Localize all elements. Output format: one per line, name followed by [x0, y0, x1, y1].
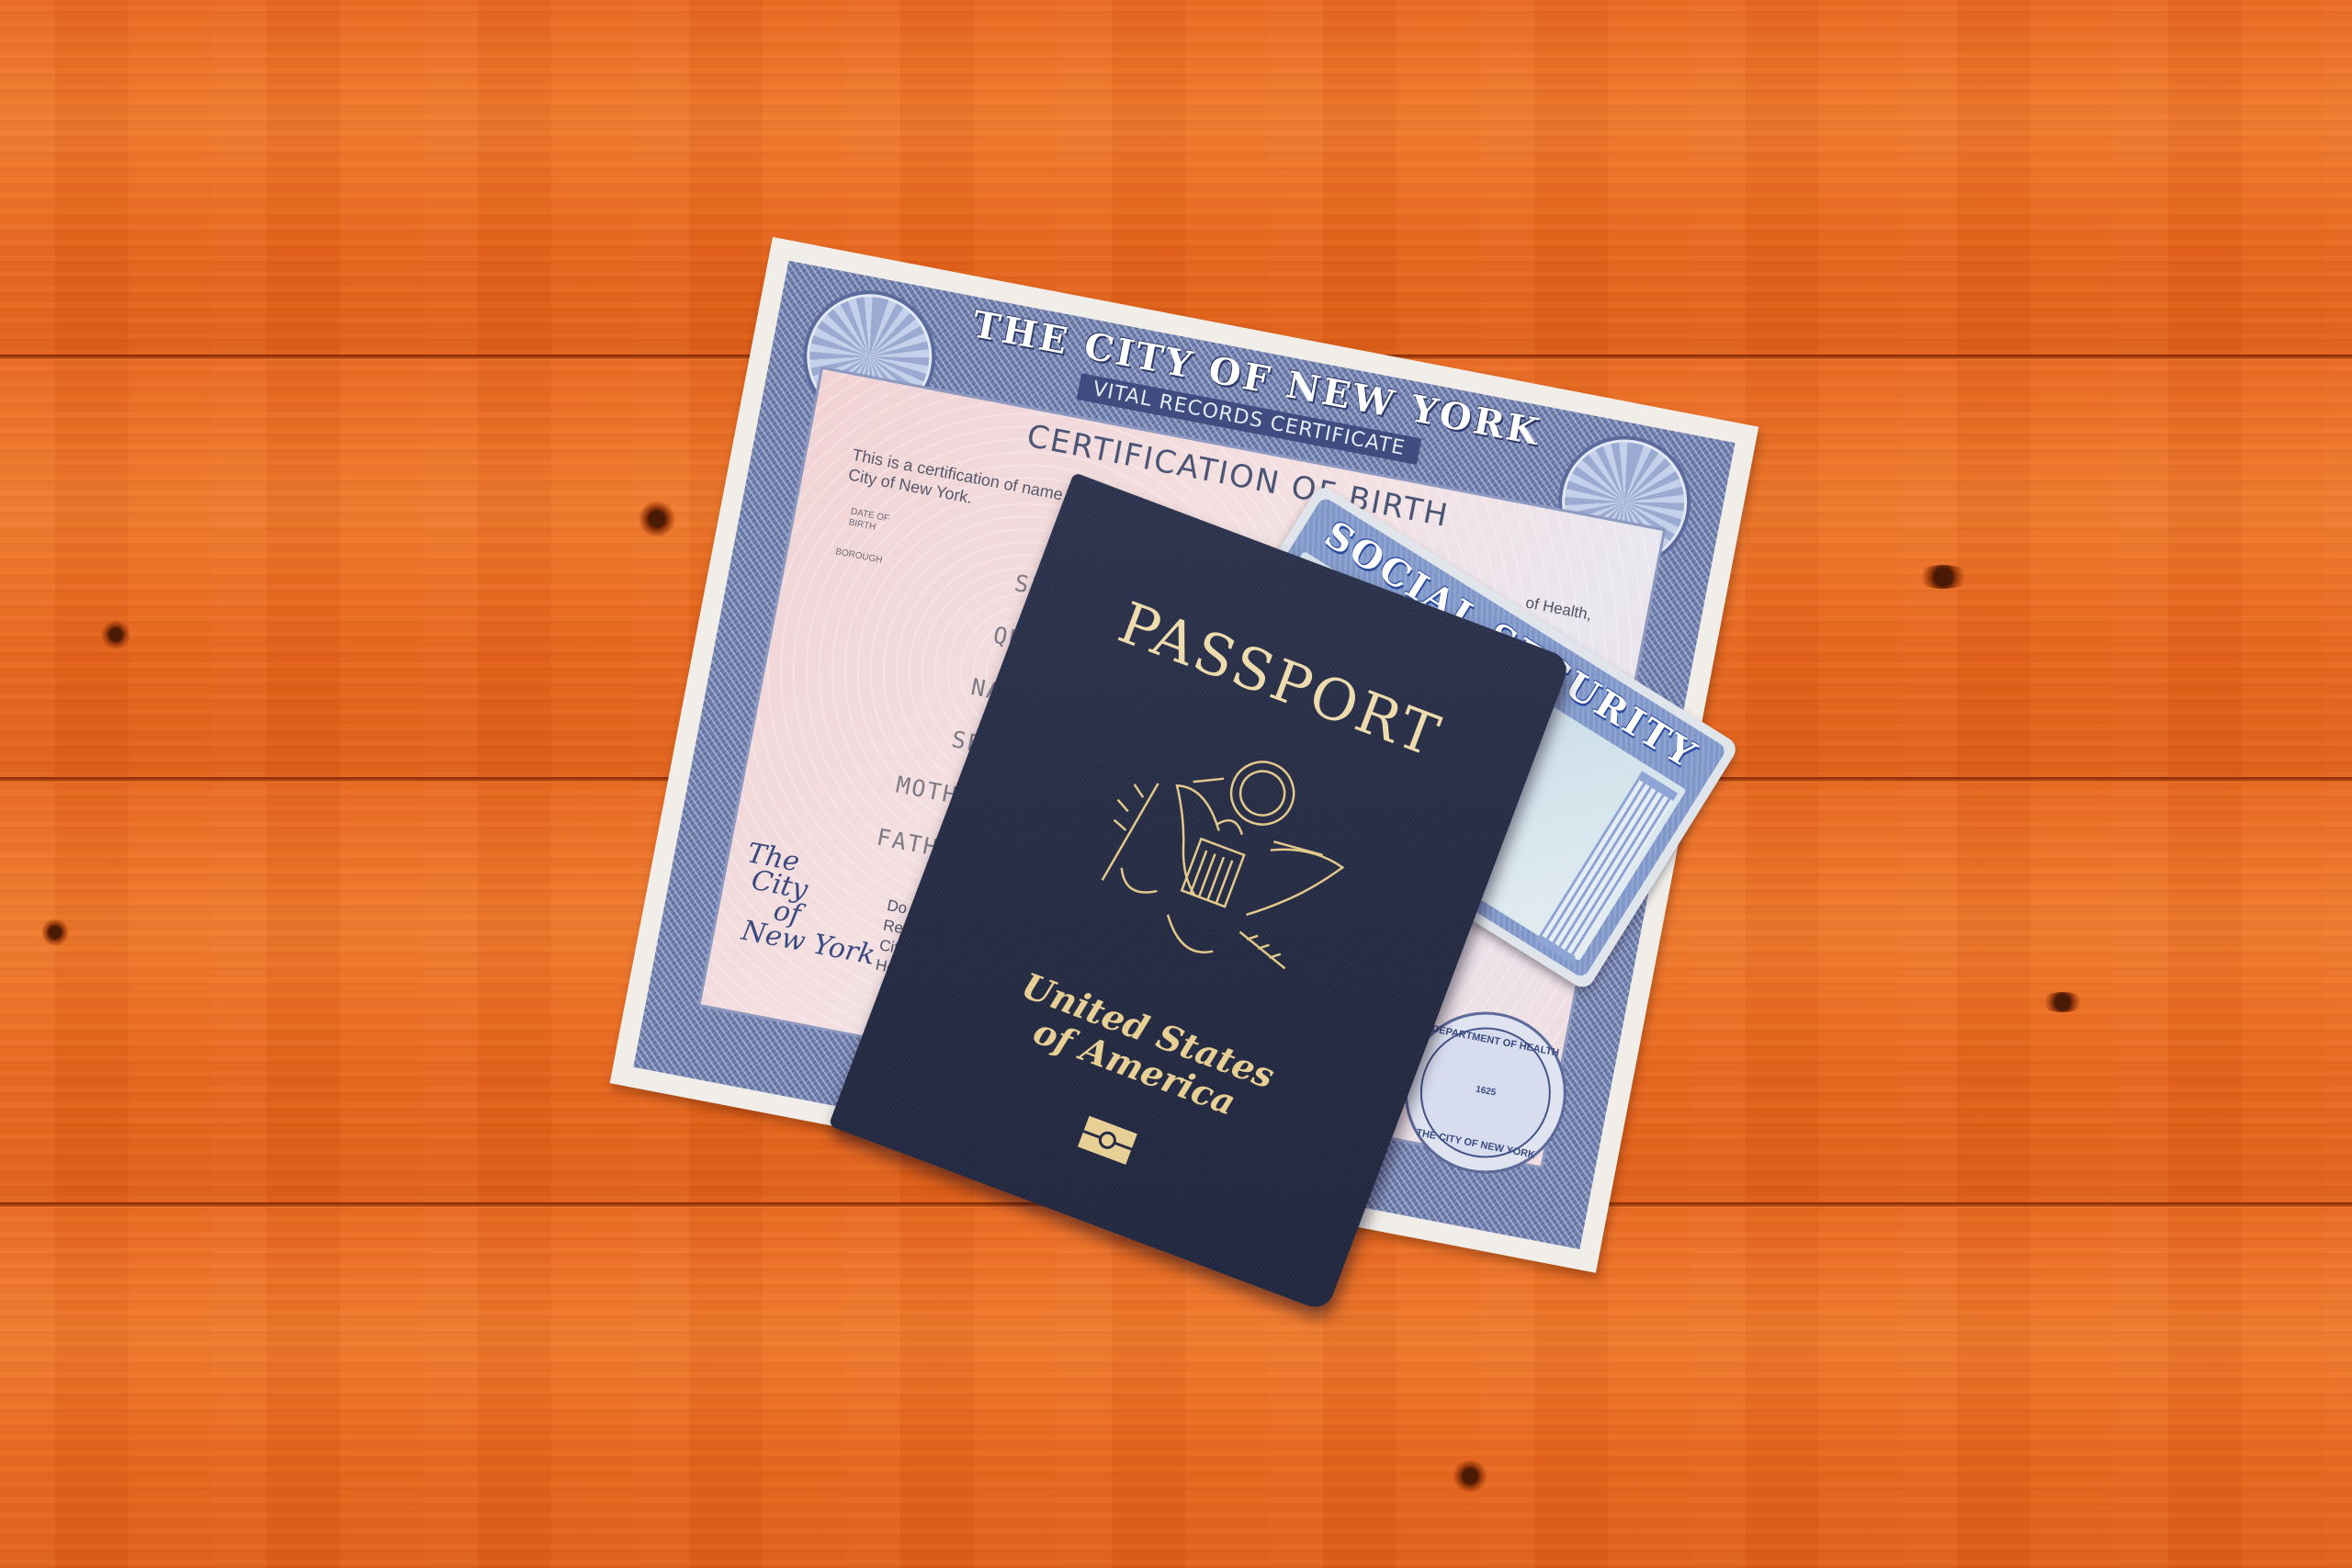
wood-plank — [0, 0, 2352, 357]
wood-knot — [101, 620, 130, 649]
wood-plank — [0, 1208, 2352, 1568]
wood-knot — [2040, 992, 2086, 1012]
biometric-chip-icon — [1078, 1116, 1137, 1165]
eagle-seal-icon — [1046, 704, 1379, 1021]
wood-knot — [1916, 565, 1971, 589]
wood-knot — [1452, 1461, 1488, 1492]
wood-knot — [41, 919, 69, 946]
wood-knot — [639, 501, 675, 537]
